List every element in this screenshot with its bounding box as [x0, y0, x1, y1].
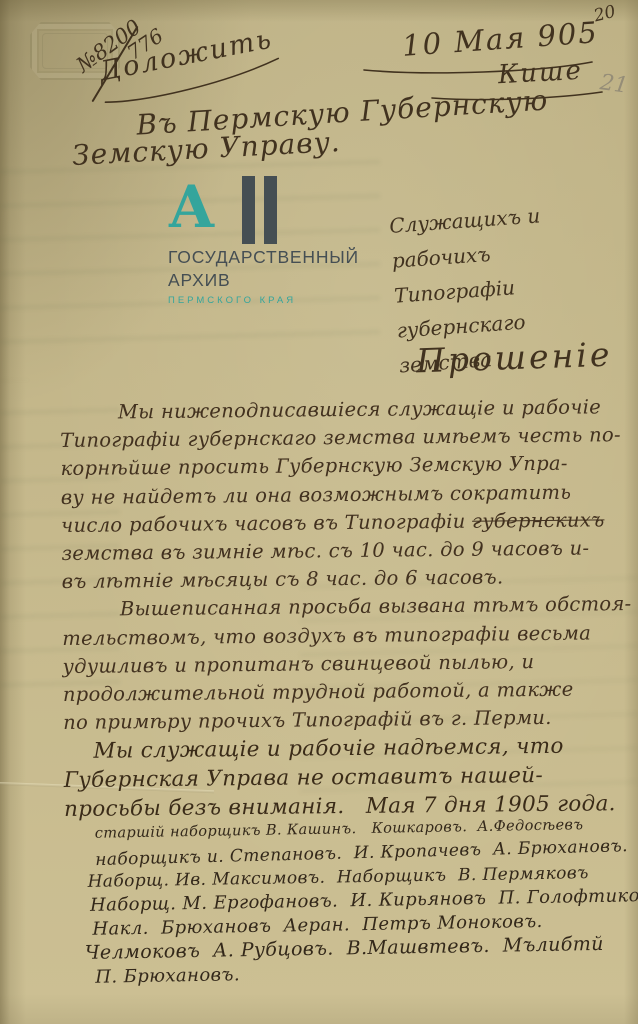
archive-name-line-1: ГОСУДАРСТВЕННЫЙ — [168, 246, 368, 269]
signature-text: П. Брюхановъ. — [95, 964, 240, 988]
body-text: въ лѣтніе мѣсяцы съ 8 час. до 6 часовъ. — [62, 566, 504, 594]
body-text: удушливъ и пропитанъ свинцевой пылью, и — [62, 650, 534, 678]
recipient-line-2: Земскую Управу. — [71, 125, 341, 172]
body-text: земства въ зимніе мѣс. съ 10 час. до 9 ч… — [61, 537, 589, 566]
archive-logo-bar — [242, 176, 255, 244]
archive-name-line-3: ПЕРМСКОГО КРАЯ — [168, 295, 368, 306]
archive-watermark: А ГОСУДАРСТВЕННЫЙ АРХИВ ПЕРМСКОГО КРАЯ — [168, 176, 368, 306]
petition-body: Мы нижеподписавшіеся служащіе и рабочіеТ… — [60, 393, 638, 824]
body-text: тельствомъ, что воздухъ въ типографіи ве… — [62, 621, 591, 650]
body-text: продолжительной трудной работой, а также — [63, 678, 574, 706]
body-text: Типографіи губернскаго земства имѣемъ че… — [60, 423, 621, 452]
body-text: число рабочихъ часовъ въ Типографіи — [61, 510, 472, 537]
page-number: 20 — [592, 2, 618, 27]
scanned-document-page: №8200 776 Доложить 10 Мая 905 Кише 20 21… — [0, 0, 638, 1024]
archive-name-line-2: АРХИВ — [168, 269, 368, 292]
body-text: Губернская Управа не оставитъ нашей- — [64, 763, 543, 793]
signature-block: старшій наборщикъ В. Кашинъ. Кошкаровъ. … — [95, 813, 638, 989]
body-text: Мы служащіе и рабочіе надѣемся, что — [93, 734, 563, 764]
archive-logo-bar — [264, 176, 277, 244]
body-text: Мы нижеподписавшіеся служащіе и рабочіе — [118, 395, 601, 423]
body-text: Вышеписанная просьба вызвана тѣмъ обстоя… — [120, 592, 632, 620]
body-text: корнѣйше просить Губернскую Земскую Упра… — [60, 452, 567, 480]
pencil-mark: 21 — [598, 70, 629, 99]
body-text: по примѣру прочихъ Типографій въ г. Перм… — [63, 706, 552, 734]
archive-logo-letter-a: А — [168, 178, 215, 236]
body-text: ву не найдетъ ли она возможнымъ сократит… — [61, 480, 572, 508]
archive-logo-mark: А — [168, 176, 368, 246]
petition-title: Прошеніе — [415, 335, 613, 381]
body-text-line: тельствомъ, что воздухъ въ типографіи ве… — [62, 619, 638, 653]
struck-word: губернскихъ — [472, 508, 605, 532]
